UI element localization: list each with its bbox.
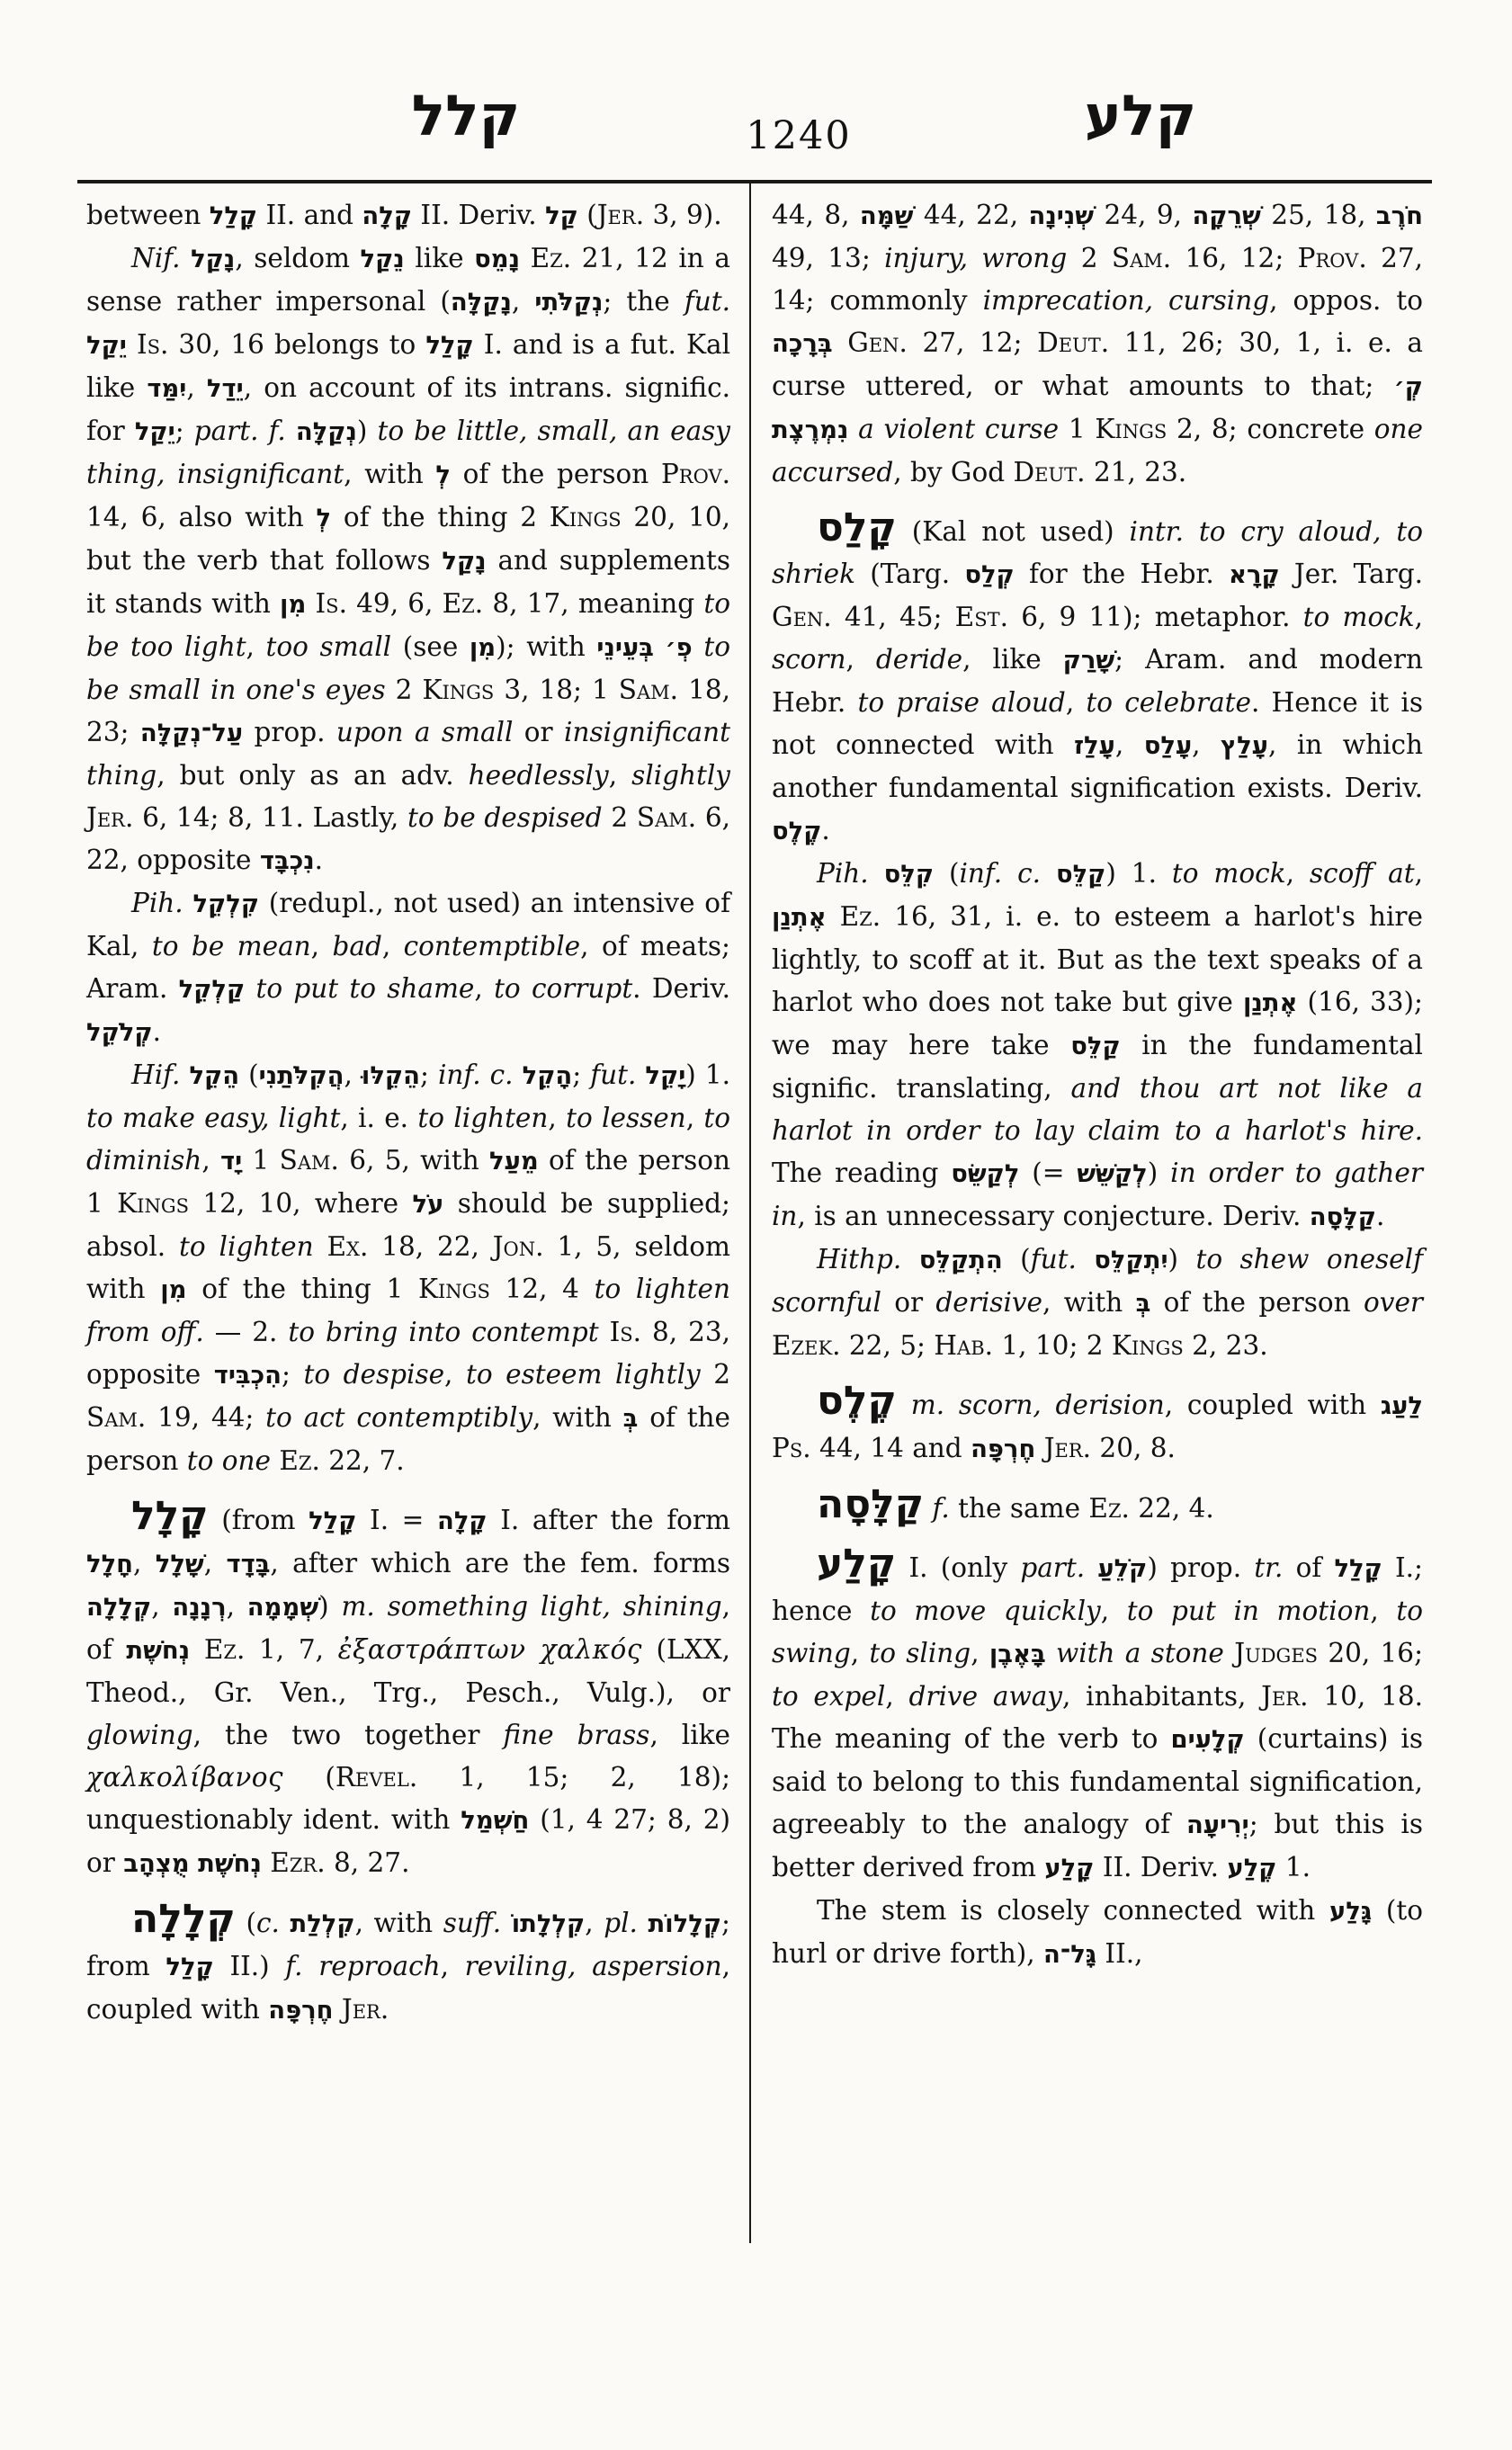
hebrew-inline-word: נָקַל [442, 548, 486, 576]
text-run: , [585, 1908, 604, 1938]
header-rule [77, 180, 1432, 183]
hebrew-inline-word: שְׁמָמָה [247, 1594, 318, 1622]
hebrew-inline-word: עָלַז [1074, 732, 1115, 760]
text-run: 3, 9). [644, 200, 722, 230]
text-run-smallcaps: Revel. [336, 1762, 417, 1793]
text-run: , [1115, 729, 1144, 760]
text-run-italic: to praise aloud [858, 687, 1066, 718]
running-head-left: קלל [412, 88, 521, 144]
text-run-smallcaps: Sam. [280, 1145, 339, 1176]
hebrew-inline-word: לְקַשֵּׁשׁ [1077, 1160, 1147, 1188]
text-run: ) 1. [685, 1060, 730, 1090]
text-run-italic: suff. [443, 1908, 501, 1938]
text-run: . [821, 815, 829, 845]
text-run: 3, 18; 1 [494, 675, 618, 705]
text-run-smallcaps: Ez. [279, 1445, 320, 1476]
hebrew-inline-word: שָׁלָל [156, 1551, 204, 1578]
text-run-italic: scoff at [1310, 858, 1415, 889]
text-run-italic: drive away [909, 1681, 1062, 1712]
text-run: of the person [1150, 1287, 1364, 1318]
hebrew-inline-word: בָּאֶבֶן [989, 1641, 1046, 1668]
greek-run: χαλκολίβανος [86, 1762, 283, 1793]
text-run-smallcaps: Ps. [772, 1433, 811, 1463]
hebrew-inline-word: חֶרְפָּה [268, 1997, 333, 2025]
hebrew-inline-word: שַׁמָּה [860, 202, 913, 230]
text-run: 49, 13; [772, 243, 884, 273]
hebrew-inline-word: קֶלֶס [772, 818, 821, 845]
hebrew-inline-word: יֵקַל [86, 332, 127, 360]
running-head-right: קלע [1085, 88, 1196, 144]
text-run: 44, 22, [913, 200, 1028, 230]
hebrew-inline-word: קָלָה [437, 1507, 488, 1535]
text-run: 1, 7, [245, 1634, 337, 1665]
text-run: — 2. [204, 1317, 289, 1347]
hebrew-inline-word: הִתְקַלֵּס [919, 1247, 1003, 1274]
text-run [1035, 1433, 1043, 1463]
hebrew-inline-word: נָקַלָּה [451, 289, 512, 317]
text-run-italic: to sling [869, 1638, 971, 1668]
text-run: 6, 14; 8, 11. Lastly, [133, 802, 407, 833]
text-run: 41, 45; [832, 602, 955, 632]
text-run: II., [1096, 1938, 1142, 1969]
text-run [636, 1060, 645, 1090]
hebrew-inline-word: קְ׳ [1394, 373, 1423, 401]
hebrew-inline-word: קִלְקֵל [192, 890, 259, 918]
text-run [190, 1634, 204, 1665]
column-divider-rule [749, 183, 751, 2243]
hebrew-inline-word: קְלָעִים [1170, 1726, 1244, 1754]
paragraph: Pih. קִלְקֵל (redupl., not used) an inte… [86, 882, 730, 1054]
text-run: 25, 18, [1261, 200, 1376, 230]
text-run-italic: to celebrate [1086, 687, 1251, 718]
hebrew-inline-word: בְּ [1136, 1290, 1151, 1318]
text-run: , [686, 1103, 704, 1133]
hebrew-inline-word: נְקַלָּה [296, 418, 357, 446]
hebrew-inline-word: קֹלֵעַ [1097, 1555, 1147, 1583]
hebrew-inline-word: לְקַשֵּׂס [951, 1160, 1019, 1188]
text-run: . [153, 1016, 161, 1047]
text-run: 12, 10, where [189, 1188, 412, 1219]
hebrew-inline-word: נִכְבָּד [260, 847, 315, 875]
hebrew-inline-word: קָרָא [1229, 561, 1280, 589]
text-run-italic: to one [187, 1445, 271, 1476]
text-run-smallcaps: Sam. [637, 802, 696, 833]
paragraph: Hif. הֵקֵל (הֲקִלֹּתַנִי, הֵקֵלּוּ; inf.… [86, 1054, 730, 1482]
text-run: Jer. Targ. [1280, 559, 1423, 589]
text-run: , [227, 1591, 247, 1622]
paragraph: קֶלֶס m. scorn, derision, coupled with ל… [772, 1381, 1423, 1471]
text-run: ) [318, 1591, 341, 1622]
text-run: , [382, 931, 404, 961]
hebrew-headword: קֶלֶס [817, 1378, 897, 1424]
paragraph: 44, 8, שַׁמָּה 44, 22, שְׁנִינָה 24, 9, … [772, 194, 1423, 494]
text-run: , i. e. [340, 1103, 417, 1133]
text-run-smallcaps: Gen. [847, 327, 908, 358]
hebrew-inline-word: הֵקֵלּוּ [362, 1062, 420, 1090]
hebrew-inline-word: קָלָה [362, 202, 412, 230]
text-run-italic: to esteem lightly [466, 1359, 701, 1390]
text-run [1224, 1638, 1234, 1668]
text-run: 6, 5, with [339, 1145, 489, 1176]
text-run: (Kal not used) [897, 516, 1130, 547]
text-run [1046, 1638, 1056, 1668]
paragraph: Hithp. הִתְקַלֵּס (fut. יִתְקַלֵּס) to s… [772, 1238, 1423, 1367]
text-run: , [344, 1060, 361, 1090]
hebrew-inline-word: שָׁרַק [1063, 647, 1115, 675]
hebrew-inline-word: קְלָלוֹת [649, 1910, 722, 1938]
paragraph: The stem is closely connected with גָּלַ… [772, 1890, 1423, 1976]
text-run-smallcaps: Prov. [661, 459, 730, 489]
text-run: ( [283, 1762, 336, 1793]
hebrew-inline-word: קָלַל [166, 1954, 213, 1981]
paragraph: קָלָל (from קָלַל I. = קָלָה I. after th… [86, 1497, 730, 1885]
hebrew-inline-word: קְלֹקֵל [86, 1019, 153, 1047]
text-run [827, 901, 840, 932]
text-run-italic: heedlessly [469, 760, 609, 791]
text-run-italic: to corrupt [494, 973, 632, 1004]
hebrew-inline-word: שְׁרֵקָה [1192, 202, 1260, 230]
hebrew-inline-word: הֲקִלֹּתַנִי [259, 1062, 344, 1090]
hebrew-inline-word: הָקֵל [523, 1062, 573, 1090]
text-run: , but only as an adv. [157, 760, 468, 791]
text-run: of the thing 1 [187, 1274, 418, 1304]
text-run-smallcaps: Sam. [86, 1402, 146, 1433]
text-run: , with [532, 1402, 623, 1433]
text-run: 16, 12; [1171, 243, 1298, 273]
text-run: 30, 16 belongs to [168, 329, 425, 360]
text-run: . [315, 845, 323, 875]
hebrew-headword: קְלָלָה [131, 1896, 236, 1942]
text-run: 2 [386, 675, 423, 705]
text-run: ; [572, 1060, 590, 1090]
hebrew-inline-word: קִלֵּס [884, 861, 934, 889]
text-run-italic: to mock [1172, 858, 1286, 889]
text-run: , [246, 631, 266, 662]
text-run: 20, 8. [1091, 1433, 1176, 1463]
text-run [1041, 858, 1056, 889]
hebrew-inline-word: בָּדָד [226, 1551, 270, 1578]
text-run-smallcaps: Jon. [493, 1231, 544, 1262]
text-run-italic: pl. [604, 1908, 638, 1938]
hebrew-inline-word: נֵקַל [361, 246, 405, 273]
text-run: . [1376, 1201, 1384, 1231]
hebrew-inline-word: עַל־נְקַלָּה [140, 720, 243, 747]
text-run [271, 1445, 279, 1476]
text-run: or [513, 717, 564, 747]
text-run: , [474, 973, 494, 1004]
text-run-smallcaps: Ezr. [270, 1847, 325, 1878]
text-run-smallcaps: Ez. [840, 901, 881, 932]
hebrew-inline-word: נָקַל [191, 246, 235, 273]
text-run: ) 1. [1105, 858, 1172, 889]
text-run [693, 631, 704, 662]
text-run: I. = [356, 1505, 437, 1535]
hebrew-inline-word: קָלַל [1334, 1555, 1382, 1583]
hebrew-inline-word: יֵקַל [135, 418, 175, 446]
text-run: 8, 27. [326, 1847, 410, 1878]
text-run-italic: contemptible [404, 931, 581, 961]
text-run: of [1283, 1552, 1334, 1583]
hebrew-inline-word: קָלַל [425, 332, 473, 360]
text-run: , [846, 644, 876, 675]
text-run: between [86, 200, 210, 230]
hebrew-inline-word: מִן [280, 591, 306, 619]
text-run-italic: inf. c. [438, 1060, 514, 1090]
hebrew-inline-word: קָלַל [210, 202, 257, 230]
paragraph: קָלַע I. (only part. קֹלֵעַ) prop. tr. o… [772, 1544, 1423, 1890]
hebrew-inline-word: חֹרֶב [1376, 202, 1423, 230]
text-run: The reading [772, 1158, 951, 1188]
text-run: 27, 12; [908, 327, 1037, 358]
text-run: , [133, 1548, 156, 1578]
hebrew-inline-word: אֶתְנַן [772, 904, 827, 932]
text-run-italic: fut. [684, 286, 730, 317]
text-run: 6, 9 11); metaphor. [1008, 602, 1303, 632]
text-run: , [885, 1681, 908, 1712]
text-run: like [405, 243, 474, 273]
text-run-italic: to mock [1303, 602, 1415, 632]
text-run: ; [420, 1060, 438, 1090]
text-run: II. and [257, 200, 362, 230]
text-run: 2 [1067, 243, 1112, 273]
text-run-italic: to expel [772, 1681, 885, 1712]
text-run-italic: glowing [86, 1720, 193, 1750]
text-run [286, 416, 296, 446]
hebrew-inline-word: קִלְלַת [290, 1910, 354, 1938]
text-run: 24, 9, [1094, 200, 1192, 230]
text-run [1077, 1244, 1094, 1274]
text-run-italic: too small [266, 631, 392, 662]
text-run [180, 1060, 189, 1090]
text-run-italic: bad [332, 931, 381, 961]
hebrew-headword: קָלָל [131, 1493, 209, 1539]
text-run [1085, 1552, 1097, 1583]
text-run: 8, 17, meaning [483, 588, 703, 619]
text-run: 1 [242, 1145, 279, 1176]
text-run-italic: tr. [1254, 1552, 1283, 1583]
text-run: , inhabitants, [1062, 1681, 1261, 1712]
dictionary-page: קלל 1240 קלע between קָלַל II. and קָלָה… [0, 0, 1512, 2450]
text-run: for the Hebr. [1015, 559, 1229, 589]
text-run: 19, 44; [146, 1402, 265, 1433]
paragraph: קַלָּסָה f. the same Ez. 22, 4. [772, 1485, 1423, 1530]
text-run: , the two together [193, 1720, 504, 1750]
text-run-italic: injury, wrong [884, 243, 1067, 273]
text-run-italic: deride [876, 644, 962, 675]
text-run-italic: f. reproach [285, 1951, 440, 1981]
text-run: 12, 4 [490, 1274, 595, 1304]
text-run: the same [950, 1493, 1089, 1524]
hebrew-inline-word: פְ׳ [666, 634, 693, 662]
hebrew-headword: קַלָּסָה [817, 1481, 924, 1527]
text-run [181, 243, 192, 273]
text-run: ; the [603, 286, 684, 317]
hebrew-inline-word: יָד [220, 1148, 242, 1176]
hebrew-inline-word: נְקַלֹּתִי [534, 289, 603, 317]
text-run: , [512, 286, 534, 317]
text-run-smallcaps: Est. [955, 602, 1008, 632]
text-run-italic: part. [1020, 1552, 1085, 1583]
hebrew-inline-word: עֹל [412, 1191, 443, 1219]
text-run [520, 243, 531, 273]
text-run-smallcaps: Ez. [204, 1634, 246, 1665]
hebrew-inline-word: חָלָל [86, 1551, 133, 1578]
text-run-italic: to lessen [566, 1103, 686, 1133]
text-run: ); with [496, 631, 596, 662]
text-run: (see [391, 631, 470, 662]
text-run: 1. [1277, 1852, 1311, 1882]
text-run: , [444, 1359, 466, 1390]
text-run: ( [578, 200, 597, 230]
text-run-smallcaps: Deut. [1014, 457, 1086, 487]
hebrew-inline-word: יָקֵל [645, 1062, 685, 1090]
paragraph: between קָלַל II. and קָלָה II. Deriv. ק… [86, 194, 730, 237]
text-run: or [881, 1287, 936, 1318]
text-run-italic: to move quickly [870, 1596, 1101, 1626]
text-run: 21, 23. [1086, 457, 1187, 487]
text-run [183, 888, 193, 918]
text-run: , oppos. to [1269, 285, 1423, 316]
hebrew-headword: קָלַע [817, 1541, 896, 1587]
text-run-italic: Pih. [817, 858, 869, 889]
text-run [127, 329, 137, 360]
text-run-italic: derisive [935, 1287, 1042, 1318]
text-run-smallcaps: Kings [117, 1188, 189, 1219]
hebrew-inline-word: עָלַץ [1221, 732, 1268, 760]
text-run: 2, 8; concrete [1167, 414, 1374, 444]
text-run-smallcaps: Judges [1234, 1638, 1318, 1668]
text-run: , is an unnecessary conjecture. Deriv. [797, 1201, 1309, 1231]
text-run [599, 1317, 610, 1347]
text-run-italic: slightly [631, 760, 730, 791]
text-run-italic: to make easy, light [86, 1103, 340, 1133]
text-run-italic: f. [933, 1493, 950, 1524]
text-run-italic: Hif. [131, 1060, 180, 1090]
text-run: II.) [214, 1951, 286, 1981]
text-run: (= [1019, 1158, 1077, 1188]
text-run: , [609, 760, 631, 791]
text-run-smallcaps: Ez. [1088, 1493, 1130, 1524]
hebrew-inline-word: מֵעַל [489, 1148, 539, 1176]
hebrew-inline-word: קַלָּסָה [1310, 1203, 1376, 1231]
hebrew-inline-word: חֶרְפָּה [971, 1435, 1035, 1463]
text-run: 20, 16; [1318, 1638, 1423, 1668]
text-run: , [1370, 1596, 1396, 1626]
paragraph: Pih. קִלֵּס (inf. c. קַלֵּס) 1. to mock,… [772, 853, 1423, 1238]
text-run-smallcaps: Jer. [342, 1994, 389, 2025]
text-run-italic: fut. [1031, 1244, 1077, 1274]
text-run-smallcaps: Jer. [1044, 1433, 1091, 1463]
text-column-left: between קָלַל II. and קָלָה II. Deriv. ק… [86, 194, 730, 2032]
hebrew-inline-word: יִתְקַלֵּס [1094, 1247, 1168, 1274]
text-run: II. Deriv. [412, 200, 545, 230]
hebrew-inline-word: יֵדַל [207, 375, 244, 403]
text-run: , by God [893, 457, 1013, 487]
text-run [901, 1244, 918, 1274]
text-run: 49, 6, [347, 588, 443, 619]
text-run-italic: fine brass [503, 1720, 649, 1750]
text-run: ) [1168, 1244, 1196, 1274]
hebrew-inline-word: לְ [435, 461, 451, 489]
text-run-italic: a violent curse [858, 414, 1059, 444]
hebrew-inline-word: נְחֹשֶׁת [126, 1637, 190, 1665]
text-run-italic: upon a small [336, 717, 514, 747]
hebrew-inline-word: קָלַל [309, 1507, 356, 1535]
hebrew-inline-word: מִן [470, 634, 496, 662]
text-run-smallcaps: Is. [316, 588, 347, 619]
text-run-italic: over [1364, 1287, 1423, 1318]
text-run: , with [1042, 1287, 1136, 1318]
hebrew-inline-word: הֵקֵל [189, 1062, 239, 1090]
text-run: , [548, 1103, 566, 1133]
hebrew-inline-word: קֶלַע [1227, 1855, 1276, 1882]
text-run [314, 1231, 327, 1262]
text-run-smallcaps: Deut. [1037, 327, 1109, 358]
text-run-smallcaps: Sam. [1112, 243, 1171, 273]
hebrew-inline-word: נָמֵס [474, 246, 520, 273]
text-run-smallcaps: Is. [610, 1317, 641, 1347]
text-run: , like [649, 1720, 730, 1750]
text-run-italic: to act contemptibly [265, 1402, 532, 1433]
text-run-italic: to be mean [152, 931, 311, 961]
hebrew-inline-word: קְלָלָה [86, 1594, 151, 1622]
paragraph: קְלָלָה (c. קִלְלַת, with suff. קִלְלָתו… [86, 1900, 730, 2032]
text-run [333, 1994, 341, 2025]
hebrew-inline-word: בְּעֵינֵי [596, 634, 654, 662]
text-run: , [851, 1638, 870, 1668]
text-run: , [1192, 729, 1221, 760]
text-run-smallcaps: Jer. [597, 200, 644, 230]
text-run-smallcaps: Gen. [772, 602, 832, 632]
hebrew-inline-word: חַשְׁמַל [461, 1807, 529, 1835]
text-run-smallcaps: Kings [550, 502, 622, 532]
text-run [306, 588, 315, 619]
text-run: prop. [243, 717, 336, 747]
text-run [848, 414, 858, 444]
text-run-italic: fut. [590, 1060, 636, 1090]
text-run: of the thing 2 [331, 502, 550, 532]
greek-run: ἐξαστράπτων χαλκός [338, 1634, 642, 1665]
text-run: II. Deriv. [1094, 1852, 1227, 1882]
text-run: , after which are the fem. forms [270, 1548, 730, 1578]
hebrew-inline-word: קַלֵּס [1056, 861, 1105, 889]
text-run: , with [344, 459, 435, 489]
text-run-smallcaps: Ez. [443, 588, 484, 619]
text-run-smallcaps: Prov. [1298, 243, 1367, 273]
hebrew-inline-word: נְחֹשֶׁת מֻצְהָב [123, 1850, 262, 1878]
text-run: , [971, 1638, 989, 1668]
text-run: 44, 8, [772, 200, 860, 230]
text-column-right: 44, 8, שַׁמָּה 44, 22, שְׁנִינָה 24, 9, … [772, 194, 1423, 1976]
text-run: , [186, 372, 207, 403]
text-run: 44, 14 and [811, 1433, 971, 1463]
text-run-smallcaps: Kings [418, 1274, 490, 1304]
text-run [654, 631, 666, 662]
text-run-smallcaps: Jer. [1261, 1681, 1308, 1712]
page-number: 1240 [746, 117, 851, 156]
text-run-smallcaps: Ex. [327, 1231, 368, 1262]
text-run: 22, 7. [320, 1445, 405, 1476]
paragraph: קָלַס (Kal not used) intr. to cry aloud,… [772, 508, 1423, 853]
text-run: I. after the form [488, 1505, 730, 1535]
text-run: 22, 5; [841, 1330, 935, 1361]
text-run-smallcaps: Sam. [619, 675, 678, 705]
text-run-italic: part. f. [194, 416, 286, 446]
text-run-italic: Pih. [131, 888, 183, 918]
text-run: ; [282, 1359, 303, 1390]
hebrew-inline-word: קְלַס [964, 561, 1014, 589]
text-run-italic: imprecation, cursing [983, 285, 1270, 316]
